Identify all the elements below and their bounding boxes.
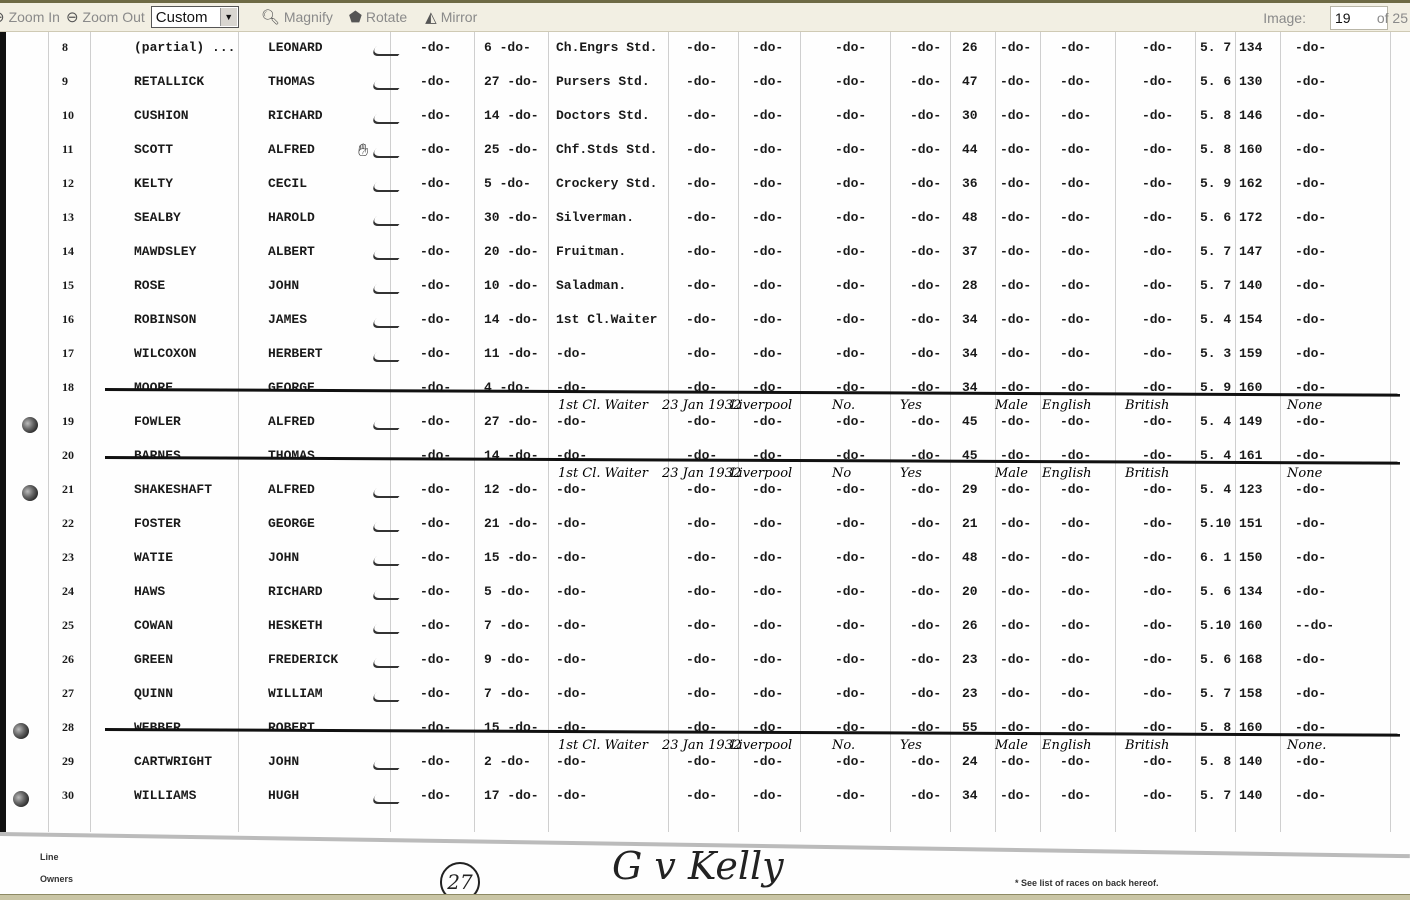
manifest-row: 13SEALBYHAROLD-do-30 -do-Silverman.-do--… [0, 210, 1410, 230]
cell-c8: -do- [1060, 176, 1091, 191]
handwritten-annotation: None [1287, 398, 1322, 413]
chevron-down-icon: ▼ [220, 8, 237, 26]
owners-label: Owners [40, 874, 73, 884]
cell-c2: -do- [686, 482, 717, 497]
cell-c4: -do- [835, 584, 866, 599]
cell-c8: -do- [1060, 788, 1091, 803]
manifest-row: 22FOSTERGEORGE-do-21 -do--do--do--do--do… [0, 516, 1410, 536]
cell-c8: -do- [1060, 550, 1091, 565]
cell-forename: HUGH [268, 788, 299, 803]
cell-age: 27 -do- [484, 74, 539, 89]
cell-line: 16 [62, 312, 74, 327]
cell-line: 17 [62, 346, 74, 361]
cell-surname: WILLIAMS [134, 788, 196, 803]
cell-c6: 30 [962, 108, 978, 123]
footnote: * See list of races on back hereof. [1015, 878, 1159, 888]
cell-c10: -do- [1295, 176, 1326, 191]
cell-occupation: Pursers Std. [556, 74, 650, 89]
cell-age: 7 -do- [484, 618, 531, 633]
cell-c5: -do- [910, 176, 941, 191]
image-label: Image: [1263, 10, 1306, 26]
cell-occupation: -do- [556, 550, 587, 565]
cell-c9: -do- [1142, 312, 1173, 327]
cell-surname: GREEN [134, 652, 173, 667]
cell-surname: ROBINSON [134, 312, 196, 327]
handwritten-annotation: 1st Cl. Waiter [558, 398, 648, 413]
manifest-row: 30WILLIAMSHUGH-do-17 -do--do--do--do--do… [0, 788, 1410, 808]
cell-c6: 26 [962, 40, 978, 55]
cell-c10: -do- [1295, 686, 1326, 701]
cell-c4: -do- [835, 788, 866, 803]
cell-c7: -do- [1000, 652, 1031, 667]
cell-c3: -do- [752, 108, 783, 123]
zoom-in-button[interactable]: ⊕ Zoom In [0, 8, 60, 26]
cell-c5: -do- [910, 278, 941, 293]
cell-forename: HERBERT [268, 346, 323, 361]
cell-occupation: Doctors Std. [556, 108, 650, 123]
cell-c1: -do- [420, 380, 451, 395]
cell-c2: -do- [686, 550, 717, 565]
cell-height-weight: 5. 4 149 [1200, 414, 1262, 429]
cell-height-weight: 5. 7 140 [1200, 278, 1262, 293]
cell-c8: -do- [1060, 312, 1091, 327]
cell-c3: -do- [752, 550, 783, 565]
cell-forename: FREDERICK [268, 652, 338, 667]
mirror-button[interactable]: ◭ Mirror [425, 8, 477, 26]
zoom-out-button[interactable]: ⊖ Zoom Out [66, 8, 145, 26]
cell-age: 5 -do- [484, 584, 531, 599]
cell-line: 12 [62, 176, 74, 191]
cell-line: 28 [62, 720, 74, 735]
manifest-row: 16ROBINSONJAMES-do-14 -do-1st Cl.Waiter-… [0, 312, 1410, 332]
cell-c10: -do- [1295, 754, 1326, 769]
cell-c6: 37 [962, 244, 978, 259]
cell-c3: -do- [752, 312, 783, 327]
cell-c8: -do- [1060, 414, 1091, 429]
cell-height-weight: 5. 6 172 [1200, 210, 1262, 225]
cell-c4: -do- [835, 754, 866, 769]
handwritten-annotation: Yes [900, 398, 922, 413]
cell-c3: -do- [752, 652, 783, 667]
manifest-row: 24HAWSRICHARD-do-5 -do--do--do--do--do--… [0, 584, 1410, 604]
handwritten-annotation: No [832, 466, 851, 481]
manifest-row: 8(partial) ...LEONARD-do-6 -do-Ch.Engrs … [0, 40, 1410, 60]
cell-c10: -do- [1295, 278, 1326, 293]
cell-surname: ROSE [134, 278, 165, 293]
cell-c6: 26 [962, 618, 978, 633]
cell-c2: -do- [686, 788, 717, 803]
cell-c2: -do- [686, 108, 717, 123]
cell-surname: QUINN [134, 686, 173, 701]
cell-c7: -do- [1000, 550, 1031, 565]
handwritten-annotation: 1st Cl. Waiter [558, 466, 648, 481]
cell-c10: -do- [1295, 108, 1326, 123]
cell-c5: -do- [910, 74, 941, 89]
cell-c5: -do- [910, 312, 941, 327]
cell-height-weight: 5. 4 154 [1200, 312, 1262, 327]
cell-c9: -do- [1142, 244, 1173, 259]
cell-c8: -do- [1060, 346, 1091, 361]
manifest-row: 11SCOTTALFRED-do-25 -do-Chf.Stds Std.-do… [0, 142, 1410, 162]
cell-line: 13 [62, 210, 74, 225]
record-marker-icon[interactable] [22, 417, 38, 433]
cell-c9: -do- [1142, 74, 1173, 89]
cell-c7: -do- [1000, 618, 1031, 633]
cell-height-weight: 5. 7 158 [1200, 686, 1262, 701]
cell-c10: -do- [1295, 142, 1326, 157]
cell-line: 27 [62, 686, 74, 701]
cell-forename: THOMAS [268, 448, 315, 463]
manifest-row: 25COWANHESKETH-do-7 -do--do--do--do--do-… [0, 618, 1410, 638]
cell-surname: WILCOXON [134, 346, 196, 361]
cell-c3: -do- [752, 278, 783, 293]
manifest-row: 14MAWDSLEYALBERT-do-20 -do-Fruitman.-do-… [0, 244, 1410, 264]
cell-age: 11 -do- [484, 346, 539, 361]
cell-occupation: Silverman. [556, 210, 634, 225]
cell-c6: 44 [962, 142, 978, 157]
cell-surname: HAWS [134, 584, 165, 599]
cell-occupation: -do- [556, 686, 587, 701]
cell-age: 2 -do- [484, 754, 531, 769]
cell-c5: -do- [910, 686, 941, 701]
cell-c6: 48 [962, 550, 978, 565]
cell-forename: ROBERT [268, 720, 315, 735]
cell-c1: -do- [420, 176, 451, 191]
cell-height-weight: 5. 7 147 [1200, 244, 1262, 259]
manifest-row: 26GREENFREDERICK-do-9 -do--do--do--do--d… [0, 652, 1410, 672]
cell-c1: -do- [420, 652, 451, 667]
cell-c6: 23 [962, 652, 978, 667]
cell-c10: --do- [1295, 618, 1334, 633]
cell-occupation: 1st Cl.Waiter [556, 312, 657, 327]
cell-line: 10 [62, 108, 74, 123]
handwritten-annotation: English [1042, 398, 1092, 413]
cell-c4: -do- [835, 414, 866, 429]
cell-forename: ALBERT [268, 244, 315, 259]
cell-forename: JAMES [268, 312, 307, 327]
cell-age: 21 -do- [484, 516, 539, 531]
cell-c1: -do- [420, 686, 451, 701]
document-image-viewer[interactable]: 8(partial) ...LEONARD-do-6 -do-Ch.Engrs … [0, 32, 1410, 900]
cell-c5: -do- [910, 142, 941, 157]
cell-forename: RICHARD [268, 108, 323, 123]
cell-c2: -do- [686, 74, 717, 89]
cell-c1: -do- [420, 244, 451, 259]
cell-height-weight: 5. 6 134 [1200, 584, 1262, 599]
cell-c2: -do- [686, 584, 717, 599]
cell-c6: 29 [962, 482, 978, 497]
cell-c1: -do- [420, 516, 451, 531]
manifest-row: 19FOWLERALFRED-do-27 -do--do--do--do--do… [0, 414, 1410, 434]
cell-height-weight: 5. 7 140 [1200, 788, 1262, 803]
record-marker-icon[interactable] [13, 723, 29, 739]
manifest-row: 29CARTWRIGHTJOHN-do-2 -do--do--do--do--d… [0, 754, 1410, 774]
handwritten-annotation: Male [995, 738, 1028, 753]
cell-occupation: Saladman. [556, 278, 626, 293]
cell-c8: -do- [1060, 142, 1091, 157]
zoom-level-select[interactable]: Custom ▼ [151, 6, 239, 28]
cell-c4: -do- [835, 516, 866, 531]
cell-line: 8 [62, 40, 68, 55]
cell-forename: GEORGE [268, 516, 315, 531]
cell-age: 7 -do- [484, 686, 531, 701]
cell-c1: -do- [420, 74, 451, 89]
cell-forename: ALFRED [268, 482, 315, 497]
cell-c2: -do- [686, 210, 717, 225]
cell-forename: GEORGE [268, 380, 315, 395]
cell-height-weight: 5. 8 146 [1200, 108, 1262, 123]
cell-age: 25 -do- [484, 142, 539, 157]
cell-c6: 45 [962, 414, 978, 429]
cell-c4: -do- [835, 244, 866, 259]
cell-c9: -do- [1142, 754, 1173, 769]
cell-c9: -do- [1142, 142, 1173, 157]
cell-c5: -do- [910, 40, 941, 55]
cell-c4: -do- [835, 40, 866, 55]
cell-height-weight: 5. 6 130 [1200, 74, 1262, 89]
cell-c2: -do- [686, 754, 717, 769]
zoom-in-icon: ⊕ [0, 8, 5, 26]
cell-c2: -do- [686, 142, 717, 157]
cell-c4: -do- [835, 312, 866, 327]
cell-c10: -do- [1295, 312, 1326, 327]
cell-line: 24 [62, 584, 74, 599]
cell-c8: -do- [1060, 584, 1091, 599]
cell-c10: -do- [1295, 584, 1326, 599]
cell-c10: -do- [1295, 244, 1326, 259]
magnify-button[interactable]: 🔍︎ Magnify [261, 8, 333, 26]
cell-c5: -do- [910, 482, 941, 497]
cell-occupation: -do- [556, 788, 587, 803]
cell-c4: -do- [835, 652, 866, 667]
cell-age: 14 -do- [484, 108, 539, 123]
cell-c8: -do- [1060, 482, 1091, 497]
cell-c10: -do- [1295, 40, 1326, 55]
cell-c9: -do- [1142, 550, 1173, 565]
cell-height-weight: 5. 8 160 [1200, 142, 1262, 157]
cell-line: 20 [62, 448, 74, 463]
cell-age: 27 -do- [484, 414, 539, 429]
cell-age: 10 -do- [484, 278, 539, 293]
cell-c9: -do- [1142, 788, 1173, 803]
cell-occupation: Crockery Std. [556, 176, 657, 191]
cell-c6: 36 [962, 176, 978, 191]
cell-forename: JOHN [268, 278, 299, 293]
cell-surname: CARTWRIGHT [134, 754, 212, 769]
cell-c2: -do- [686, 40, 717, 55]
cell-c7: -do- [1000, 74, 1031, 89]
cell-surname: COWAN [134, 618, 173, 633]
manifest-row: 15ROSEJOHN-do-10 -do-Saladman.-do--do--d… [0, 278, 1410, 298]
cell-forename: RICHARD [268, 584, 323, 599]
cell-occupation: -do- [556, 618, 587, 633]
cell-surname: SEALBY [134, 210, 181, 225]
signature: G v Kelly [612, 844, 784, 888]
cell-c7: -do- [1000, 686, 1031, 701]
cell-forename: CECIL [268, 176, 307, 191]
cell-forename: LEONARD [268, 40, 323, 55]
handwritten-annotation: British [1125, 466, 1169, 481]
cell-c10: -do- [1295, 788, 1326, 803]
cell-c9: -do- [1142, 108, 1173, 123]
cell-c4: -do- [835, 482, 866, 497]
cell-c3: -do- [752, 74, 783, 89]
hand-cursor-icon: ✋︎ [358, 140, 368, 161]
cell-c1: -do- [420, 278, 451, 293]
cell-line: 30 [62, 788, 74, 803]
cell-c3: -do- [752, 482, 783, 497]
cell-forename: THOMAS [268, 74, 315, 89]
cell-c7: -do- [1000, 754, 1031, 769]
cell-c9: -do- [1142, 414, 1173, 429]
cell-surname: SCOTT [134, 142, 173, 157]
cell-c1: -do- [420, 618, 451, 633]
cell-forename: HESKETH [268, 618, 323, 633]
cell-c8: -do- [1060, 278, 1091, 293]
cell-surname: CUSHION [134, 108, 189, 123]
cell-c1: -do- [420, 550, 451, 565]
image-count: of 25 [1377, 10, 1408, 26]
cell-c2: -do- [686, 686, 717, 701]
handwritten-annotation: English [1042, 738, 1092, 753]
cell-occupation: -do- [556, 516, 587, 531]
cell-c9: -do- [1142, 40, 1173, 55]
cell-c6: 34 [962, 312, 978, 327]
cell-c3: -do- [752, 414, 783, 429]
cell-c9: -do- [1142, 652, 1173, 667]
cell-line: 29 [62, 754, 74, 769]
cell-line: 9 [62, 74, 68, 89]
cell-c7: -do- [1000, 142, 1031, 157]
handwritten-annotation: Liverpool [730, 738, 792, 753]
cell-c3: -do- [752, 176, 783, 191]
handwritten-annotation: Liverpool [730, 466, 792, 481]
cell-c1: -do- [420, 584, 451, 599]
cell-c7: -do- [1000, 40, 1031, 55]
cell-c2: -do- [686, 618, 717, 633]
cell-line: 23 [62, 550, 74, 565]
manifest-row: 21SHAKESHAFTALFRED-do-12 -do--do--do--do… [0, 482, 1410, 502]
cell-c6: 24 [962, 754, 978, 769]
cell-c5: -do- [910, 414, 941, 429]
cell-c9: -do- [1142, 584, 1173, 599]
cell-c7: -do- [1000, 210, 1031, 225]
cell-age: 5 -do- [484, 176, 531, 191]
cell-c7: -do- [1000, 482, 1031, 497]
cell-occupation: Chf.Stds Std. [556, 142, 657, 157]
cell-c2: -do- [686, 516, 717, 531]
cell-c5: -do- [910, 754, 941, 769]
cell-occupation: -do- [556, 482, 587, 497]
handwritten-annotation: British [1125, 398, 1169, 413]
cell-surname: MAWDSLEY [134, 244, 196, 259]
handwritten-annotation: English [1042, 466, 1092, 481]
cell-line: 15 [62, 278, 74, 293]
cell-c7: -do- [1000, 414, 1031, 429]
cell-forename: JOHN [268, 550, 299, 565]
cell-c10: -do- [1295, 346, 1326, 361]
cell-c5: -do- [910, 584, 941, 599]
cell-forename: WILLIAM [268, 686, 323, 701]
cell-line: 26 [62, 652, 74, 667]
cell-c10: -do- [1295, 652, 1326, 667]
record-marker-icon[interactable] [13, 791, 29, 807]
cell-c8: -do- [1060, 74, 1091, 89]
cell-c8: -do- [1060, 108, 1091, 123]
cell-age: 12 -do- [484, 482, 539, 497]
cell-c5: -do- [910, 108, 941, 123]
cell-surname: FOSTER [134, 516, 181, 531]
cell-c1: -do- [420, 788, 451, 803]
cell-c8: -do- [1060, 244, 1091, 259]
cell-surname: FOWLER [134, 414, 181, 429]
cell-c7: -do- [1000, 244, 1031, 259]
cell-c3: -do- [752, 346, 783, 361]
cell-c2: -do- [686, 414, 717, 429]
cell-c7: -do- [1000, 516, 1031, 531]
handwritten-annotation: Liverpool [730, 398, 792, 413]
cell-c8: -do- [1060, 754, 1091, 769]
cell-age: 9 -do- [484, 652, 531, 667]
cell-c3: -do- [752, 244, 783, 259]
cell-c9: -do- [1142, 346, 1173, 361]
cell-c4: -do- [835, 142, 866, 157]
rotate-button[interactable]: ⬟ Rotate [349, 8, 407, 26]
cell-c1: -do- [420, 414, 451, 429]
cell-c9: -do- [1142, 618, 1173, 633]
cell-c6: 34 [962, 788, 978, 803]
handwritten-annotation: No. [832, 738, 855, 753]
zoom-out-icon: ⊖ [66, 8, 79, 26]
manifest-row: 17WILCOXONHERBERT-do-11 -do--do--do--do-… [0, 346, 1410, 366]
cell-line: 22 [62, 516, 74, 531]
record-marker-icon[interactable] [22, 485, 38, 501]
cell-c2: -do- [686, 244, 717, 259]
cell-c9: -do- [1142, 176, 1173, 191]
cell-height-weight: 5. 7 134 [1200, 40, 1262, 55]
cell-c2: -do- [686, 312, 717, 327]
cell-c6: 34 [962, 346, 978, 361]
cell-age: 14 -do- [484, 312, 539, 327]
cell-c4: -do- [835, 108, 866, 123]
cell-c8: -do- [1060, 652, 1091, 667]
cell-c7: -do- [1000, 108, 1031, 123]
cell-c7: -do- [1000, 176, 1031, 191]
cell-c5: -do- [910, 788, 941, 803]
manifest-row: 23WATIEJOHN-do-15 -do--do--do--do--do--d… [0, 550, 1410, 570]
cell-c8: -do- [1060, 40, 1091, 55]
cell-c1: -do- [420, 720, 451, 735]
viewer-toolbar: ⊕ Zoom In ⊖ Zoom Out Custom ▼ 🔍︎ Magnify… [0, 0, 1410, 32]
cell-line: 11 [62, 142, 73, 157]
cell-c4: -do- [835, 550, 866, 565]
cell-c10: -do- [1295, 210, 1326, 225]
cell-line: 14 [62, 244, 74, 259]
cell-height-weight: 5.10 151 [1200, 516, 1262, 531]
cell-c1: -do- [420, 108, 451, 123]
handwritten-annotation: Male [995, 398, 1028, 413]
cell-age: 17 -do- [484, 788, 539, 803]
cell-c5: -do- [910, 346, 941, 361]
cell-height-weight: 5. 9 162 [1200, 176, 1262, 191]
cell-c7: -do- [1000, 788, 1031, 803]
cell-c7: -do- [1000, 278, 1031, 293]
cell-occupation: Ch.Engrs Std. [556, 40, 657, 55]
cell-c5: -do- [910, 244, 941, 259]
cell-height-weight: 5. 3 159 [1200, 346, 1262, 361]
cell-c10: -do- [1295, 516, 1326, 531]
cell-surname: RETALLICK [134, 74, 204, 89]
